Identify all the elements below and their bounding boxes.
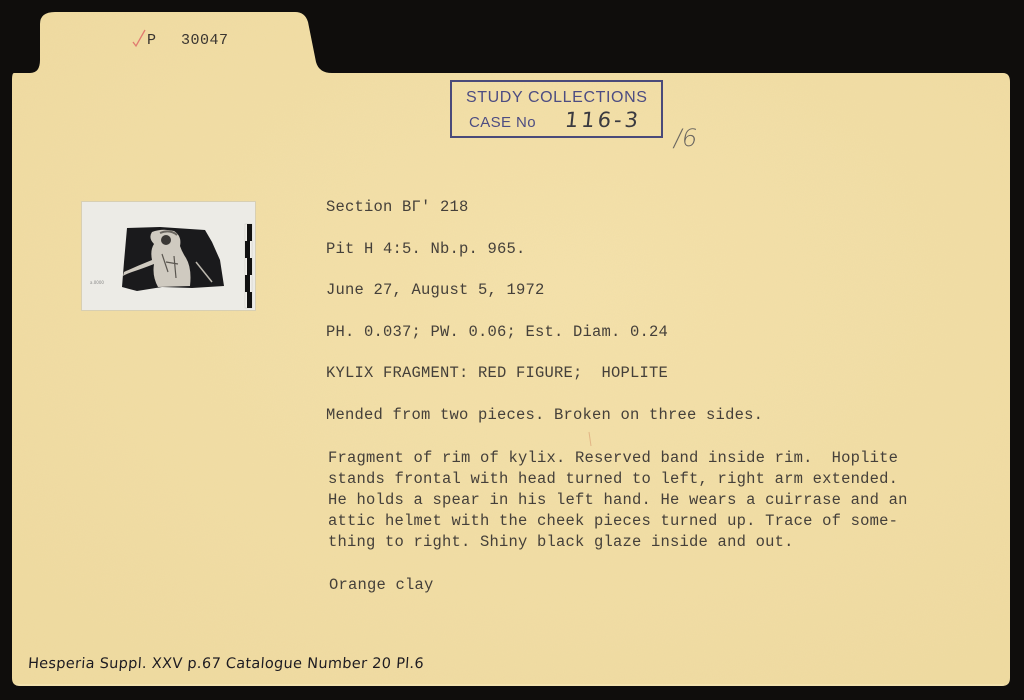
dimensions-line: PH. 0.037; PW. 0.06; Est. Diam. 0.24 xyxy=(326,323,668,341)
svg-text:a.0000: a.0000 xyxy=(90,280,104,285)
object-title: KYLIX FRAGMENT: RED FIGURE; HOPLITE xyxy=(326,364,668,382)
pit-line: Pit H 4:5. Nb.p. 965. xyxy=(326,240,526,258)
tab-prefix: P xyxy=(147,32,156,49)
description-line: stands frontal with head turned to left,… xyxy=(328,469,988,490)
description-line: Fragment of rim of kylix. Reserved band … xyxy=(328,448,988,469)
stamp-case-label: CASE No xyxy=(469,114,536,131)
description-paragraph: Fragment of rim of kylix. Reserved band … xyxy=(328,448,988,553)
bibliography-note: Hesperia Suppl. XXV p.67 Catalogue Numbe… xyxy=(27,656,424,672)
study-collections-stamp: STUDY COLLECTIONS CASE No 116-3 xyxy=(450,80,663,138)
scale-bar-icon xyxy=(245,224,252,308)
stamp-title: STUDY COLLECTIONS xyxy=(466,89,648,107)
condition-line: Mended from two pieces. Broken on three … xyxy=(326,406,763,424)
photo-thumbnail-icon: a.0000 xyxy=(82,202,257,312)
fragment-photo: a.0000 xyxy=(81,201,256,311)
clay-line: Orange clay xyxy=(329,576,434,594)
pencil-note: /6 xyxy=(672,124,700,152)
stamp-case-number: 116-3 xyxy=(564,108,643,132)
dates-line: June 27, August 5, 1972 xyxy=(326,281,545,299)
check-mark-icon xyxy=(132,28,146,48)
description-line: attic helmet with the cheek pieces turne… xyxy=(328,511,988,532)
inventory-number: 30047 xyxy=(181,32,229,49)
description-line: thing to right. Shiny black glaze inside… xyxy=(328,532,988,553)
description-line: He holds a spear in his left hand. He we… xyxy=(328,490,988,511)
section-line: Section BΓ' 218 xyxy=(326,198,469,216)
